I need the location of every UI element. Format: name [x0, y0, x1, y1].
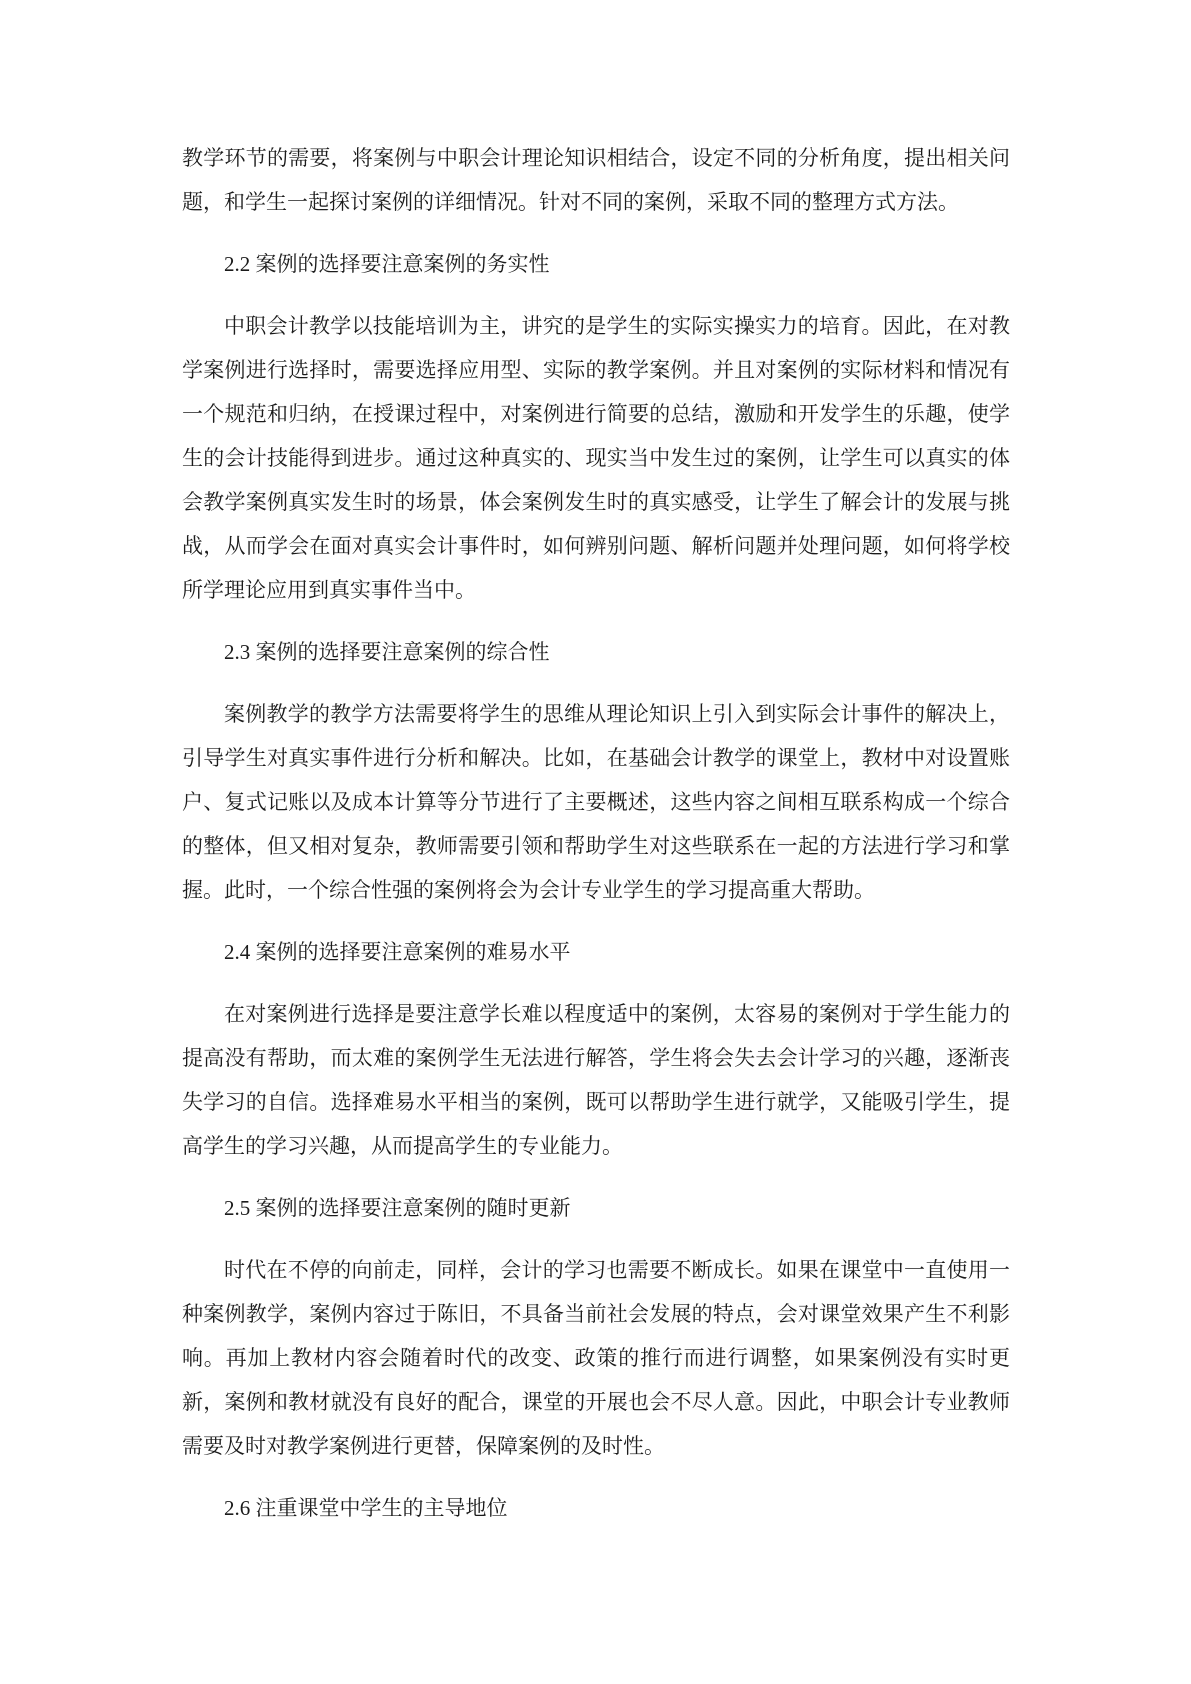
section-heading-2-2: 2.2 案例的选择要注意案例的务实性: [182, 242, 1010, 286]
section-heading-2-3: 2.3 案例的选择要注意案例的综合性: [182, 630, 1010, 674]
paragraph-pragmatism: 中职会计教学以技能培训为主，讲究的是学生的实际实操实力的培育。因此，在对教学案例…: [182, 304, 1010, 612]
section-heading-2-4: 2.4 案例的选择要注意案例的难易水平: [182, 930, 1010, 974]
section-heading-2-6: 2.6 注重课堂中学生的主导地位: [182, 1486, 1010, 1530]
paragraph-continuation: 教学环节的需要，将案例与中职会计理论知识相结合，设定不同的分析角度，提出相关问题…: [182, 136, 1010, 224]
document-page: 教学环节的需要，将案例与中职会计理论知识相结合，设定不同的分析角度，提出相关问题…: [0, 0, 1191, 1684]
section-heading-2-5: 2.5 案例的选择要注意案例的随时更新: [182, 1186, 1010, 1230]
document-body: 教学环节的需要，将案例与中职会计理论知识相结合，设定不同的分析角度，提出相关问题…: [182, 136, 1010, 1530]
paragraph-timely-update: 时代在不停的向前走，同样，会计的学习也需要不断成长。如果在课堂中一直使用一种案例…: [182, 1248, 1010, 1468]
paragraph-difficulty-level: 在对案例进行选择是要注意学长难以程度适中的案例，太容易的案例对于学生能力的提高没…: [182, 992, 1010, 1168]
paragraph-comprehensiveness: 案例教学的教学方法需要将学生的思维从理论知识上引入到实际会计事件的解决上，引导学…: [182, 692, 1010, 912]
